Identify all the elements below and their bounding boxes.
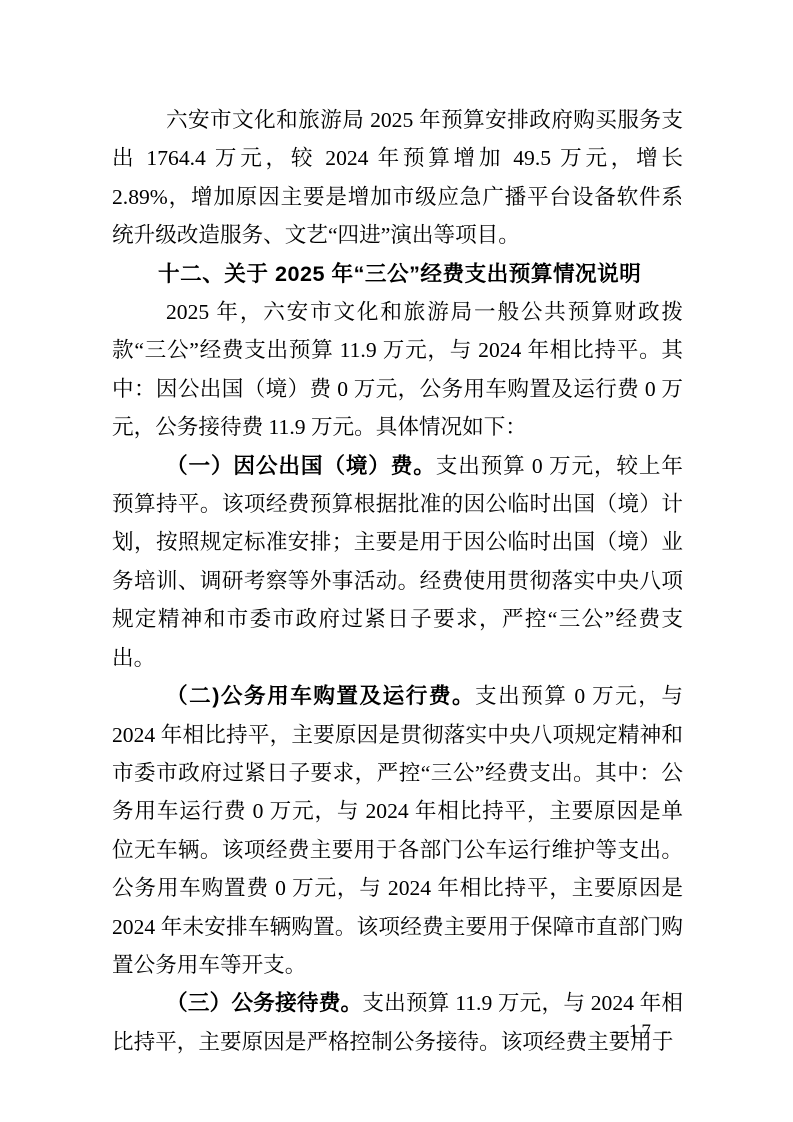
paragraph-reception-fee: （三）公务接待费。支出预算 11.9 万元，与 2024 年相比持平，主要原因是… [112, 984, 683, 1061]
paragraph-text: 支出预算 0 万元，与 2024 年相比持平，主要原因是贯彻落实中央八项规定精神… [112, 684, 683, 977]
paragraph-lead-vehicle-fee: （二)公务用车购置及运行费。 [166, 683, 475, 708]
paragraph-text: 2025 年，六安市文化和旅游局一般公共预算财政拨款“三公”经费支出预算 11.… [112, 300, 683, 439]
paragraph-service-purchase: 六安市文化和旅游局 2025 年预算安排政府购买服务支出 1764.4 万元，较… [112, 101, 683, 255]
paragraph-vehicle-fee: （二)公务用车购置及运行费。支出预算 0 万元，与 2024 年相比持平，主要原… [112, 677, 683, 984]
paragraph-overview: 2025 年，六安市文化和旅游局一般公共预算财政拨款“三公”经费支出预算 11.… [112, 293, 683, 447]
paragraph-lead-reception-fee: （三）公务接待费。 [166, 990, 362, 1015]
paragraph-text: 六安市文化和旅游局 2025 年预算安排政府购买服务支出 1764.4 万元，较… [112, 108, 683, 247]
paragraph-text: 支出预算 0 万元，较上年预算持平。该项经费预算根据批准的因公临时出国（境）计划… [112, 454, 683, 670]
paragraph-lead-abroad-fee: （一）因公出国（境）费。 [166, 453, 436, 478]
section-heading: 十二、关于 2025 年“三公”经费支出预算情况说明 [112, 255, 683, 293]
document-page: 六安市文化和旅游局 2025 年预算安排政府购买服务支出 1764.4 万元，较… [0, 0, 793, 1122]
paragraph-abroad-fee: （一）因公出国（境）费。支出预算 0 万元，较上年预算持平。该项经费预算根据批准… [112, 447, 683, 677]
document-body: 六安市文化和旅游局 2025 年预算安排政府购买服务支出 1764.4 万元，较… [112, 101, 683, 1061]
page-number: - 17 - [612, 1020, 671, 1044]
